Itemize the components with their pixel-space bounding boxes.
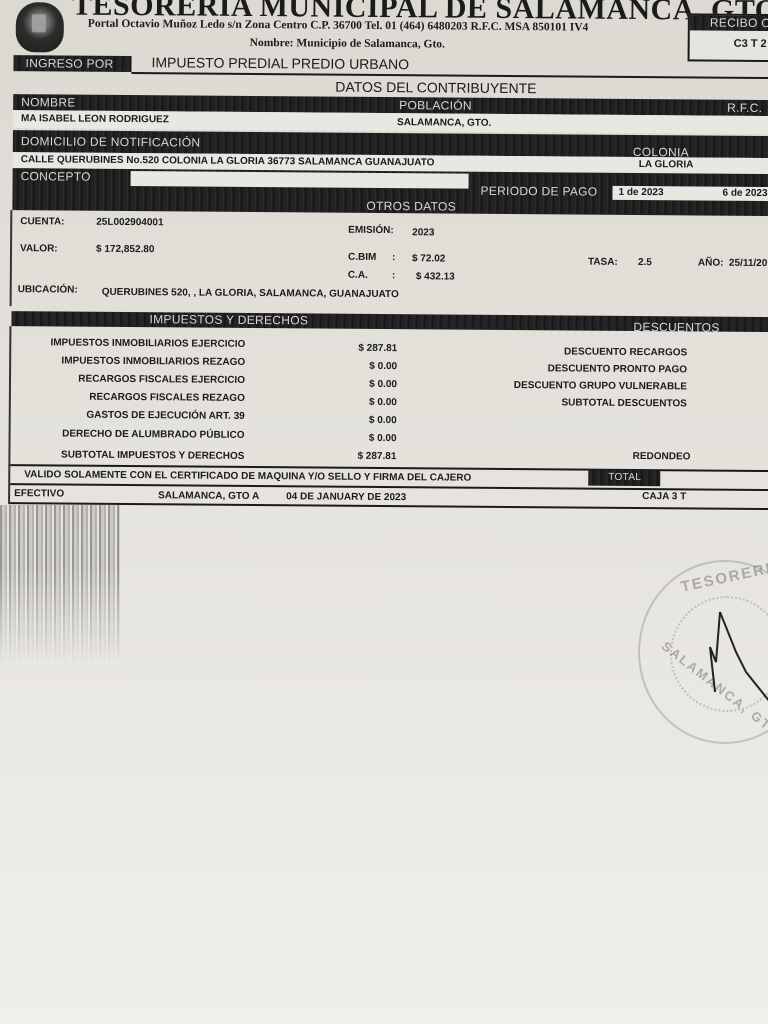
ubicacion-value: QUERUBINES 520, , LA GLORIA, SALAMANCA, … <box>102 287 399 300</box>
receipt-value: C3 T 2 <box>734 38 767 50</box>
tax-receipt: TESORERIA MUNICIPAL DE SALAMANCA, GTO. P… <box>0 0 768 526</box>
emision-value: 2023 <box>412 227 434 238</box>
impuestos-bar: IMPUESTOS Y DERECHOS DESCUENTOS <box>11 311 768 332</box>
left-border <box>8 464 10 504</box>
cuenta-label: CUENTA: <box>20 216 64 227</box>
tasa-value: 2.5 <box>638 257 652 268</box>
receipt-number-box: RECIBO O C3 T 2 <box>688 13 768 62</box>
impuestos-list: IMPUESTOS INMOBILIARIOS EJERCICIO $ 287.… <box>0 337 417 340</box>
nombre-label: NOMBRE <box>21 95 76 109</box>
anio-label: AÑO: <box>698 257 724 268</box>
forma-pago: EFECTIVO <box>14 488 64 499</box>
caja: CAJA 3 T <box>642 491 686 502</box>
impuesto-label: GASTOS DE EJECUCIÓN ART. 39 <box>0 409 245 422</box>
periodo-label: PERIODO DE PAGO <box>480 184 597 199</box>
impuesto-label: DERECHO DE ALUMBRADO PÚBLICO <box>0 428 245 441</box>
coat-of-arms-logo <box>16 2 64 52</box>
cbim-colon: : <box>392 252 395 263</box>
domicilio-label: DOMICILIO DE NOTIFICACIÓN <box>21 134 201 149</box>
emision-label: EMISIÓN: <box>348 225 394 236</box>
concepto-field <box>131 171 469 189</box>
periodo-from: 1 de 2023 <box>618 187 663 198</box>
cbim-label: C.BIM <box>348 252 376 263</box>
nombre-value: MA ISABEL LEON RODRIGUEZ <box>21 113 169 125</box>
fecha: 04 DE JANUARY DE 2023 <box>286 491 406 503</box>
name-line: Nombre: Municipio de Salamanca, Gto. <box>250 37 445 51</box>
subtotal-impuestos-amount: $ 287.81 <box>296 450 396 462</box>
ca-label: C.A. <box>348 270 368 281</box>
otros-datos-title: OTROS DATOS <box>366 199 456 214</box>
periodo-field: 1 de 2023 6 de 2023 <box>612 186 768 202</box>
descuento-label: DESCUENTO GRUPO VULNERABLE <box>417 379 687 392</box>
domicilio-value: CALLE QUERUBINES No.520 COLONIA LA GLORI… <box>21 154 435 168</box>
rfc-label: R.F.C. <box>727 101 762 115</box>
impuesto-label: IMPUESTOS INMOBILIARIOS REZAGO <box>0 355 245 368</box>
poblacion-label: POBLACIÓN <box>399 98 472 113</box>
divider <box>131 72 768 79</box>
colonia-value: LA GLORIA <box>639 159 694 170</box>
impuesto-amount: $ 0.00 <box>297 414 397 426</box>
toner-smudge <box>0 505 120 665</box>
ca-colon: : <box>392 270 395 281</box>
lugar: SALAMANCA, GTO A <box>158 490 259 502</box>
receipt-label: RECIBO O <box>690 15 768 31</box>
ca-value: $ 432.13 <box>416 271 455 282</box>
left-border <box>10 210 13 306</box>
impuesto-label: RECARGOS FISCALES EJERCICIO <box>0 373 245 386</box>
total-label: TOTAL <box>608 472 641 483</box>
divider <box>10 502 768 510</box>
ingreso-value: IMPUESTO PREDIAL PREDIO URBANO <box>151 54 409 72</box>
impuesto-amount: $ 0.00 <box>297 432 397 444</box>
contribuyente-title: DATOS DEL CONTRIBUYENTE <box>335 79 536 97</box>
impuesto-amount: $ 0.00 <box>297 360 397 372</box>
valor-value: $ 172,852.80 <box>96 244 154 255</box>
periodo-to: 6 de 2023 <box>722 188 767 199</box>
anio-value: 25/11/20 <box>729 258 767 269</box>
descuentos-title: DESCUENTOS <box>633 320 719 335</box>
redondeo-label: REDONDEO <box>416 449 690 462</box>
subtotal-impuestos-label: SUBTOTAL IMPUESTOS Y DERECHOS <box>0 449 244 462</box>
descuentos-list: DESCUENTO RECARGOS DESCUENTO PRONTO PAGO… <box>417 345 687 347</box>
impuesto-label: IMPUESTOS INMOBILIARIOS EJERCICIO <box>0 337 245 350</box>
valor-label: VALOR: <box>20 243 58 254</box>
address-line: Portal Octavio Muñoz Ledo s/n Zona Centr… <box>88 18 589 34</box>
impuesto-label: RECARGOS FISCALES REZAGO <box>0 391 245 404</box>
impuesto-amount: $ 0.00 <box>297 396 397 408</box>
concepto-label: CONCEPTO <box>21 169 91 184</box>
cbim-value: $ 72.02 <box>412 253 445 264</box>
poblacion-value: SALAMANCA, GTO. <box>397 117 491 129</box>
impuesto-amount: $ 0.00 <box>297 378 397 390</box>
descuento-label: DESCUENTO RECARGOS <box>417 345 687 358</box>
descuento-label: DESCUENTO PRONTO PAGO <box>417 362 687 375</box>
subtotal-descuentos-label: SUBTOTAL DESCUENTOS <box>417 396 687 409</box>
signature-icon <box>680 602 768 712</box>
ingreso-label: INGRESO POR <box>13 55 131 72</box>
total-label-box: TOTAL <box>588 470 660 487</box>
ubicacion-label: UBICACIÓN: <box>18 284 78 295</box>
impuestos-title: IMPUESTOS Y DERECHOS <box>149 312 308 327</box>
tasa-label: TASA: <box>588 257 618 268</box>
validez-text: VALIDO SOLAMENTE CON EL CERTIFICADO DE M… <box>24 469 471 484</box>
impuesto-amount: $ 287.81 <box>297 342 397 354</box>
cuenta-value: 25L002904001 <box>96 217 163 229</box>
